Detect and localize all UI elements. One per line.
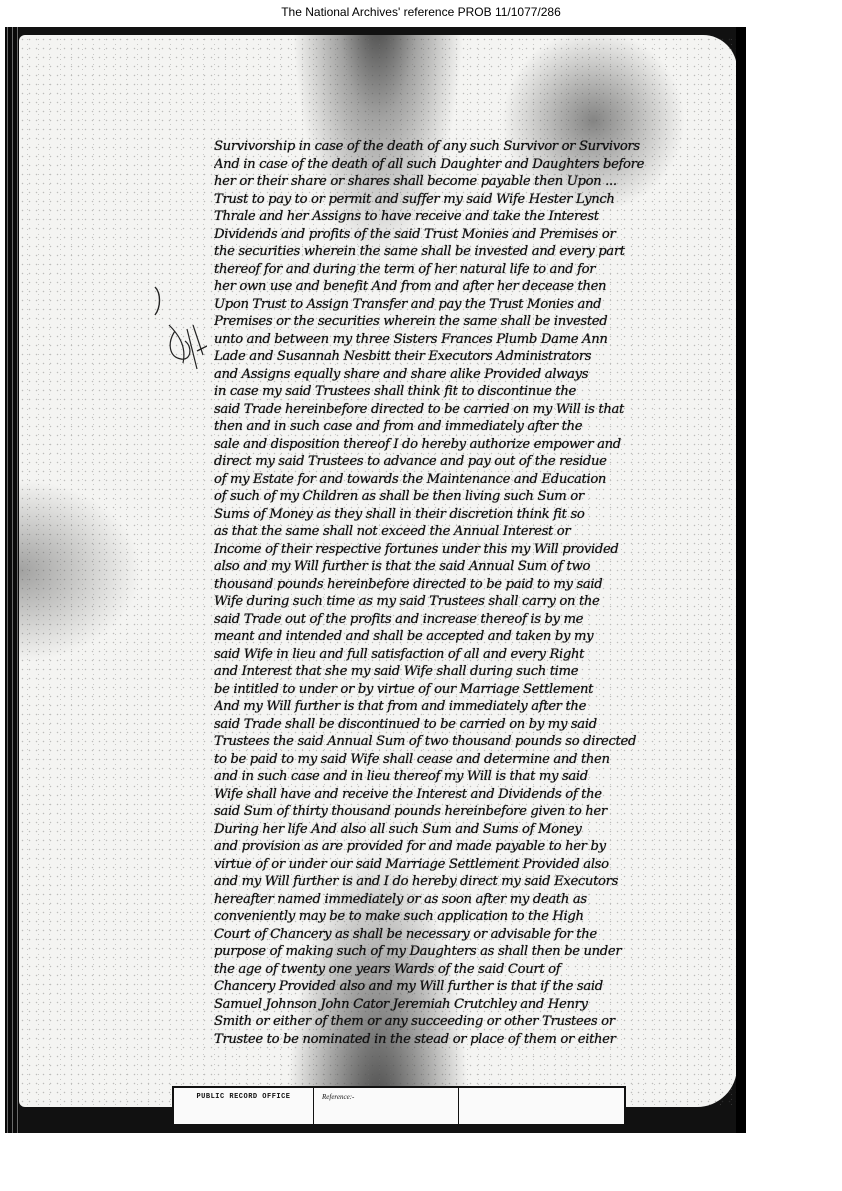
text-line: Sums of Money as they shall in their dis… bbox=[214, 506, 694, 524]
text-line: and my Will further is and I do hereby d… bbox=[214, 873, 694, 891]
stamp-reference-label: Reference:- bbox=[314, 1088, 459, 1124]
text-line: Trustee to be nominated in the stead or … bbox=[214, 1031, 694, 1049]
text-line: Chancery Provided also and my Will furth… bbox=[214, 978, 694, 996]
text-line: to be paid to my said Wife shall cease a… bbox=[214, 751, 694, 769]
text-line: And in case of the death of all such Dau… bbox=[214, 156, 694, 174]
text-line: Court of Chancery as shall be necessary … bbox=[214, 926, 694, 944]
text-line: Smith or either of them or any succeedin… bbox=[214, 1013, 694, 1031]
text-line: said Trade shall be discontinued to be c… bbox=[214, 716, 694, 734]
text-line: her own use and benefit And from and aft… bbox=[214, 278, 694, 296]
text-line: and provision as are provided for and ma… bbox=[214, 838, 694, 856]
archive-reference-header: The National Archives' reference PROB 11… bbox=[0, 5, 842, 19]
text-line: as that the same shall not exceed the An… bbox=[214, 523, 694, 541]
text-line: and Interest that she my said Wife shall… bbox=[214, 663, 694, 681]
text-line: the age of twenty one years Wards of the… bbox=[214, 961, 694, 979]
text-line: Wife during such time as my said Trustee… bbox=[214, 593, 694, 611]
text-line: Trust to pay to or permit and suffer my … bbox=[214, 191, 694, 209]
manuscript-page: Survivorship in case of the death of any… bbox=[19, 35, 737, 1107]
text-line: Wife shall have and receive the Interest… bbox=[214, 786, 694, 804]
text-line: of such of my Children as shall be then … bbox=[214, 488, 694, 506]
text-line: also and my Will further is that the sai… bbox=[214, 558, 694, 576]
text-line: and in such case and in lieu thereof my … bbox=[214, 768, 694, 786]
record-office-stamp: PUBLIC RECORD OFFICE Reference:- bbox=[172, 1086, 626, 1126]
text-line: thousand pounds hereinbefore directed to… bbox=[214, 576, 694, 594]
text-line: said Wife in lieu and full satisfaction … bbox=[214, 646, 694, 664]
text-line: be intitled to under or by virtue of our… bbox=[214, 681, 694, 699]
text-line: of my Estate for and towards the Mainten… bbox=[214, 471, 694, 489]
text-line: her or their share or shares shall becom… bbox=[214, 173, 694, 191]
text-line: and Assigns equally share and share alik… bbox=[214, 366, 694, 384]
text-line: the securities wherein the same shall be… bbox=[214, 243, 694, 261]
text-line: Samuel Johnson John Cator Jeremiah Crutc… bbox=[214, 996, 694, 1014]
text-line: Income of their respective fortunes unde… bbox=[214, 541, 694, 559]
text-line: Premises or the securities wherein the s… bbox=[214, 313, 694, 331]
document-scan: Survivorship in case of the death of any… bbox=[5, 27, 746, 1133]
text-line: Dividends and profits of the said Trust … bbox=[214, 226, 694, 244]
text-line: And my Will further is that from and imm… bbox=[214, 698, 694, 716]
text-line: Survivorship in case of the death of any… bbox=[214, 138, 694, 156]
text-line: Upon Trust to Assign Transfer and pay th… bbox=[214, 296, 694, 314]
stamp-office-label: PUBLIC RECORD OFFICE bbox=[174, 1088, 314, 1124]
text-line: hereafter named immediately or as soon a… bbox=[214, 891, 694, 909]
text-line: direct my said Trustees to advance and p… bbox=[214, 453, 694, 471]
text-line: said Trade hereinbefore directed to be c… bbox=[214, 401, 694, 419]
text-line: thereof for and during the term of her n… bbox=[214, 261, 694, 279]
text-line: Thrale and her Assigns to have receive a… bbox=[214, 208, 694, 226]
text-line: meant and intended and shall be accepted… bbox=[214, 628, 694, 646]
text-line: said Trade out of the profits and increa… bbox=[214, 611, 694, 629]
scan-border bbox=[736, 27, 746, 1133]
marginal-flourish-icon bbox=[147, 285, 207, 375]
text-line: conveniently may be to make such applica… bbox=[214, 908, 694, 926]
text-line: During her life And also all such Sum an… bbox=[214, 821, 694, 839]
text-line: Trustees the said Annual Sum of two thou… bbox=[214, 733, 694, 751]
text-line: purpose of making such of my Daughters a… bbox=[214, 943, 694, 961]
text-line: unto and between my three Sisters France… bbox=[214, 331, 694, 349]
text-line: said Sum of thirty thousand pounds herei… bbox=[214, 803, 694, 821]
text-line: in case my said Trustees shall think fit… bbox=[214, 383, 694, 401]
text-line: virtue of or under our said Marriage Set… bbox=[214, 856, 694, 874]
text-line: sale and disposition thereof I do hereby… bbox=[214, 436, 694, 454]
handwritten-text-block: Survivorship in case of the death of any… bbox=[214, 138, 694, 1048]
stamp-empty-cell bbox=[459, 1088, 624, 1124]
text-line: Lade and Susannah Nesbitt their Executor… bbox=[214, 348, 694, 366]
text-line: then and in such case and from and immed… bbox=[214, 418, 694, 436]
